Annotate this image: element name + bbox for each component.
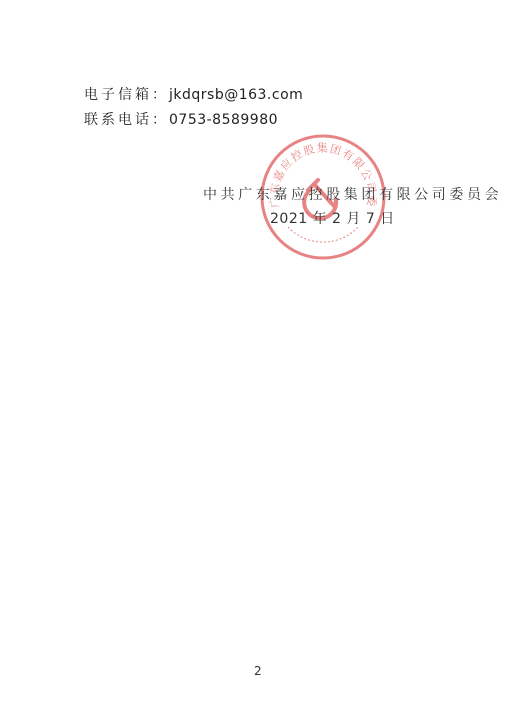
page-number: 2 [254,664,262,678]
phone-value: 0753-8589980 [169,112,278,128]
email-label: 电子信箱： [84,87,169,103]
signature-date: 2021 年 2 月 7 日 [270,208,395,228]
phone-label: 联系电话： [84,112,169,128]
email-line: 电子信箱：jkdqrsb@163.com [84,84,303,104]
email-value: jkdqrsb@163.com [169,87,303,103]
phone-line: 联系电话：0753-8589980 [84,109,278,129]
organization-name: 中共广东嘉应控股集团有限公司委员会 [203,184,502,204]
